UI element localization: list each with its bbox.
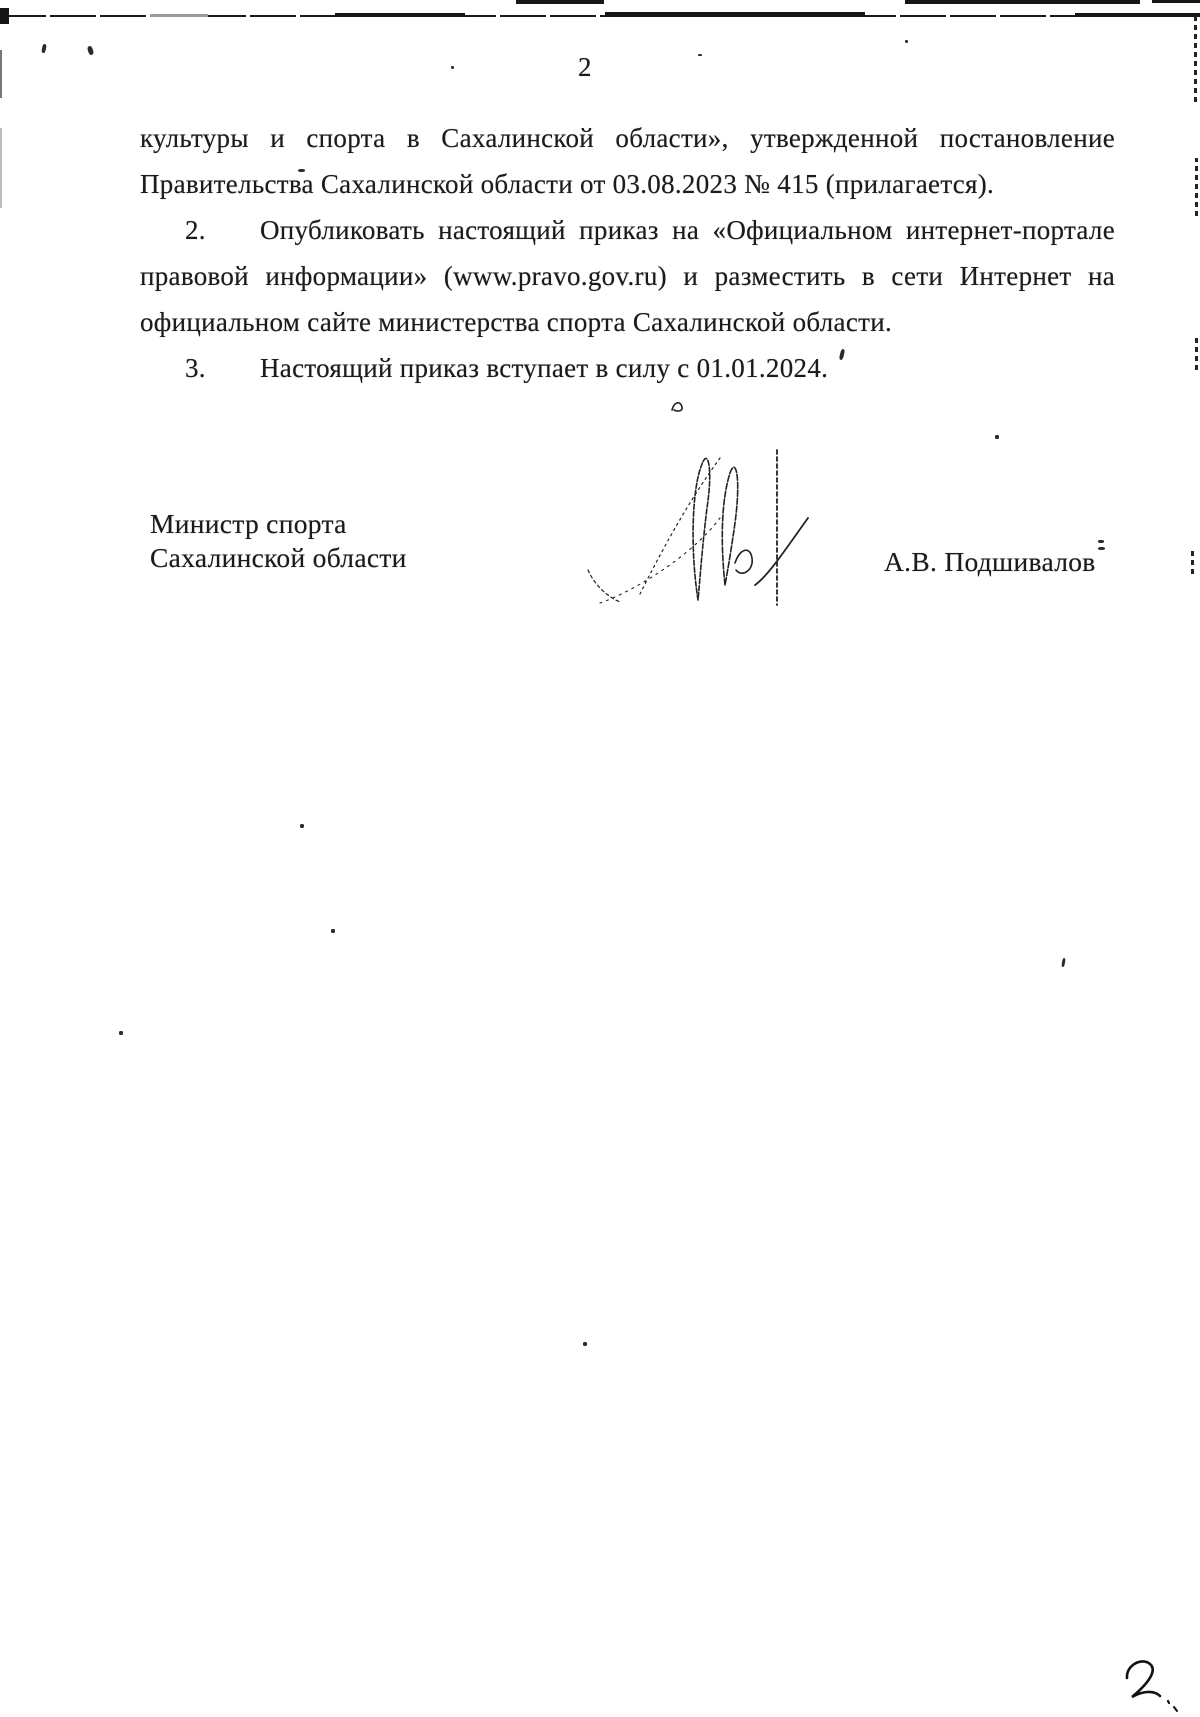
line-text: Правительства Сахалинской области от 03.… [140, 169, 994, 199]
scan-speck [1061, 958, 1066, 967]
page-number: 2 [578, 52, 592, 83]
line-text: Опубликовать настоящий приказ на «Официа… [260, 215, 1115, 245]
paragraph-line: правовой информации» (www.pravo.gov.ru) … [140, 253, 1115, 299]
list-number: 2. [185, 207, 260, 253]
scan-speck [87, 45, 95, 55]
line-text: официальном сайте министерства спорта Са… [140, 307, 892, 337]
scan-artifact-top-line [605, 12, 865, 17]
document-body: культуры и спорта в Сахалинской области»… [140, 115, 1115, 391]
scan-artifact-left-edge [0, 128, 2, 208]
signatory-title: Министр спорта Сахалинской области [150, 507, 407, 575]
scan-artifact-left-edge [0, 50, 2, 98]
signatory-title-line: Сахалинской области [150, 541, 407, 575]
scan-artifact-top-bar [516, 0, 604, 4]
line-text: культуры и спорта в Сахалинской области»… [140, 123, 1115, 153]
scan-speck [300, 824, 304, 828]
scan-artifact-top-bar [905, 0, 1140, 4]
scan-speck [1098, 547, 1105, 550]
scan-speck [119, 1031, 123, 1035]
paragraph-line: официальном сайте министерства спорта Са… [140, 299, 1115, 345]
scan-speck [41, 44, 47, 54]
scan-artifact-top-bar [1152, 0, 1200, 3]
scan-speck [331, 929, 335, 933]
handwritten-signature [570, 398, 810, 613]
scan-artifact-top-line [150, 14, 208, 17]
handwritten-page-number [1113, 1652, 1183, 1714]
line-text: правовой информации» (www.pravo.gov.ru) … [140, 261, 1115, 291]
signatory-name: А.В. Подшивалов [884, 545, 1096, 579]
scan-artifact-right-dashes [1191, 548, 1194, 574]
scan-speck [905, 40, 908, 43]
list-number: 3. [185, 345, 260, 391]
scan-speck [995, 435, 999, 439]
scan-artifact-right-dashes [1194, 16, 1197, 102]
scan-artifact-top-line [1075, 13, 1200, 17]
scan-speck [583, 1342, 587, 1346]
paragraph-line: культуры и спорта в Сахалинской области»… [140, 115, 1115, 161]
scan-speck [451, 66, 454, 69]
line-text: Настоящий приказ вступает в силу с 01.01… [260, 353, 828, 383]
paragraph-line: 3.Настоящий приказ вступает в силу с 01.… [140, 345, 1115, 391]
scan-artifact-right-dashes [1195, 336, 1198, 370]
scan-speck [1098, 540, 1104, 543]
scanned-document-page: 2 культуры и спорта в Сахалинской област… [0, 0, 1200, 1717]
scan-artifact-left-edge [0, 8, 9, 24]
signatory-title-line: Министр спорта [150, 507, 407, 541]
scan-artifact-right-dashes [1195, 158, 1198, 216]
scan-artifact-top-line [335, 13, 465, 17]
paragraph-line: Правительства Сахалинской области от 03.… [140, 161, 1115, 207]
scan-speck [698, 54, 702, 56]
paragraph-line: 2.Опубликовать настоящий приказ на «Офиц… [140, 207, 1115, 253]
